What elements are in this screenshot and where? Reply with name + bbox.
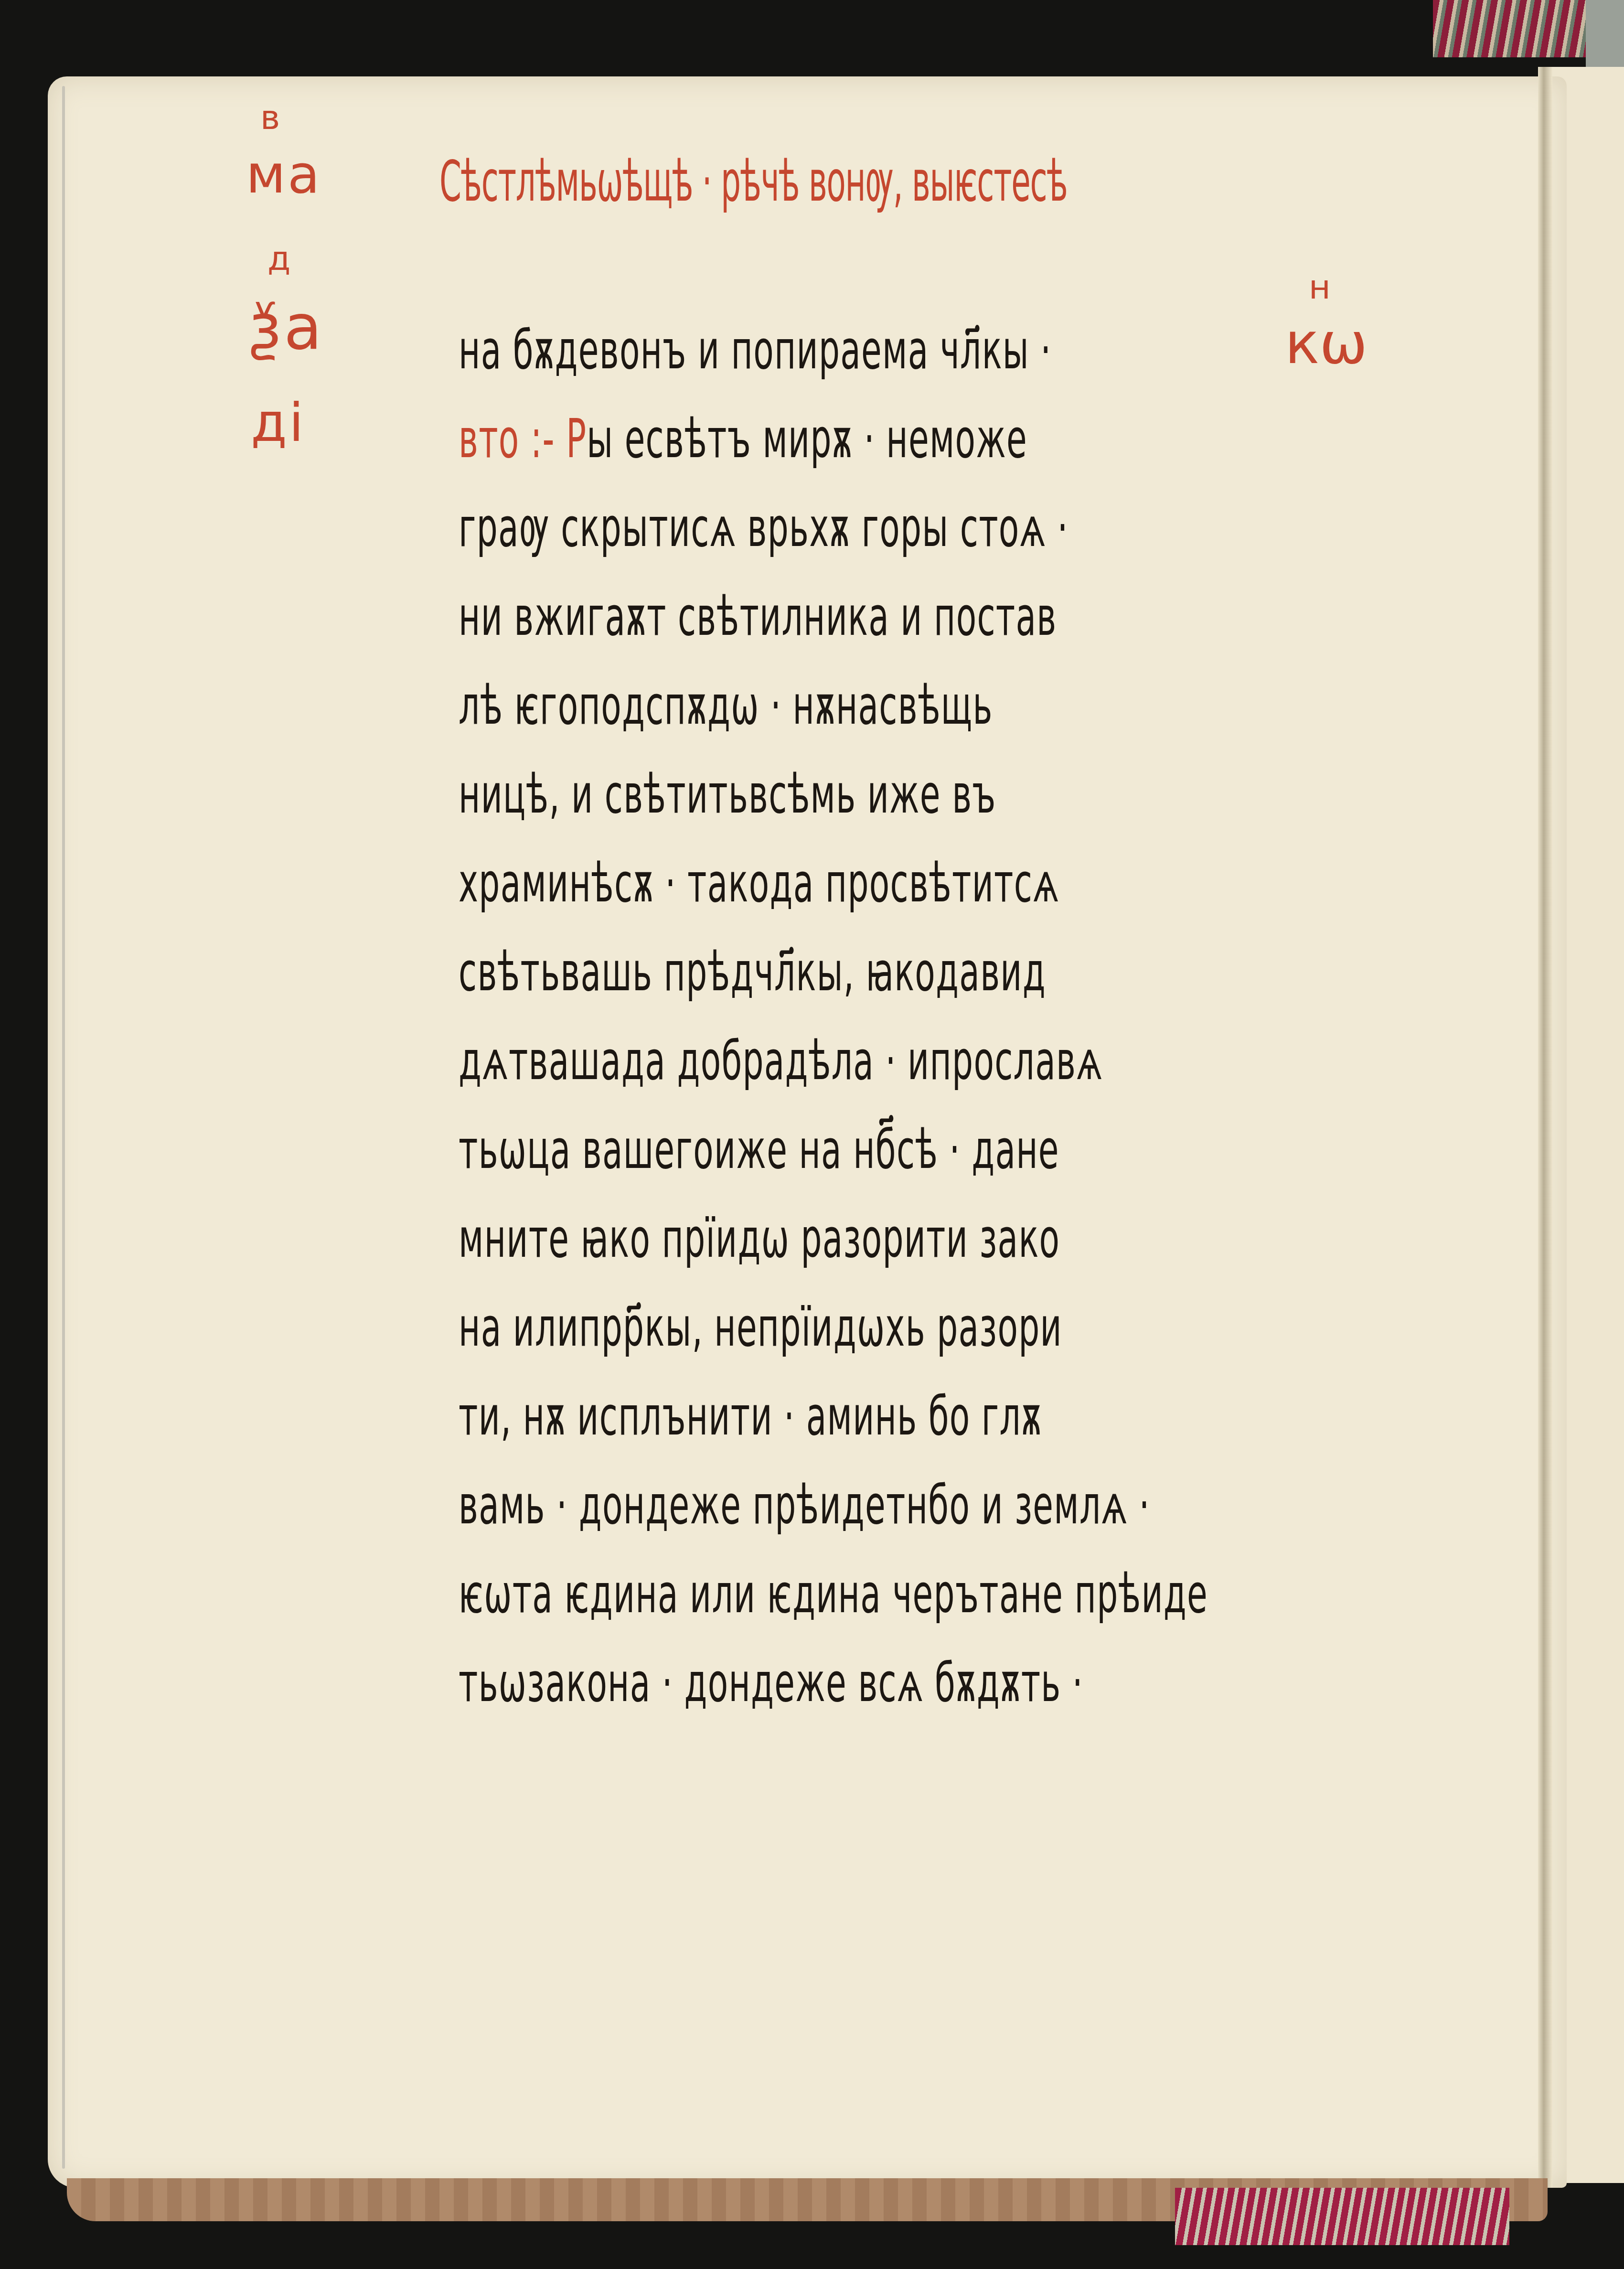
text-line: ѥѡта ѥдина или ѥдина черътане прѣиде xyxy=(459,1550,1051,1638)
text-line: дѧтвашада добрадѣла · ипрославѧ xyxy=(459,1017,1051,1105)
text-line: лѣ ѥгоподспѫдѡ · нѫнасвѣщь xyxy=(459,661,1051,750)
text-line: ти, нѫ исплънити · аминь бо глѫ xyxy=(459,1372,1051,1461)
right-margin-superscript: н xyxy=(1309,268,1331,307)
text-line: на бѫдевонъ и попираема чл҃кы · xyxy=(459,306,1051,395)
margin-superscript: в xyxy=(260,98,280,137)
text-line: вамь · дондеже прѣидетнбо и землѧ · xyxy=(459,1461,1051,1550)
initial-letter: Р xyxy=(566,408,587,470)
text-block: на бѫдевонъ и попираема чл҃кы · вто :- Р… xyxy=(459,306,1414,1727)
line-text: ы есвѣтъ мирѫ · неможе xyxy=(587,408,1027,470)
text-line: ницѣ, и свѣтитьвсѣмь иже въ xyxy=(459,750,1051,839)
margin-note: ді xyxy=(251,396,306,449)
margin-note: ма xyxy=(246,148,321,201)
binding-textile-bottom xyxy=(67,2178,1548,2221)
line-prefix: вто :- xyxy=(459,408,555,470)
text-line: мните ꙗко прїидѡ разорити зако xyxy=(459,1194,1051,1283)
page-gutter xyxy=(1538,67,1552,2188)
text-line: тьѡзакона · дондеже всѧ бѫдѫть · xyxy=(459,1638,1051,1727)
text-line: храминѣсѫ · такода просвѣтитсѧ xyxy=(459,839,1051,928)
binding-textile-top xyxy=(1433,0,1624,57)
text-line: на илипрр҃кы, непрїидѡхь разори xyxy=(459,1283,1051,1372)
margin-superscript: д xyxy=(267,239,290,278)
rubric-heading: Сѣстлѣмьѡѣщѣ · рѣчѣ вонѹ, выѥстесѣ xyxy=(439,148,1068,214)
margin-note: ѯа xyxy=(248,296,324,358)
text-line: граѹ скрытисѧ врьхѫ горы стоѧ · xyxy=(459,483,1051,572)
text-line: свѣтьвашь прѣдчл҃кы, ꙗкодавид xyxy=(459,928,1051,1017)
text-line: тьѡца вашегоиже на нб҃сѣ · дане xyxy=(459,1105,1051,1194)
text-line: ни вжигаѫт свѣтилника и постав xyxy=(459,572,1051,661)
text-line: вто :- Ры есвѣтъ мирѫ · неможе xyxy=(459,395,1051,483)
